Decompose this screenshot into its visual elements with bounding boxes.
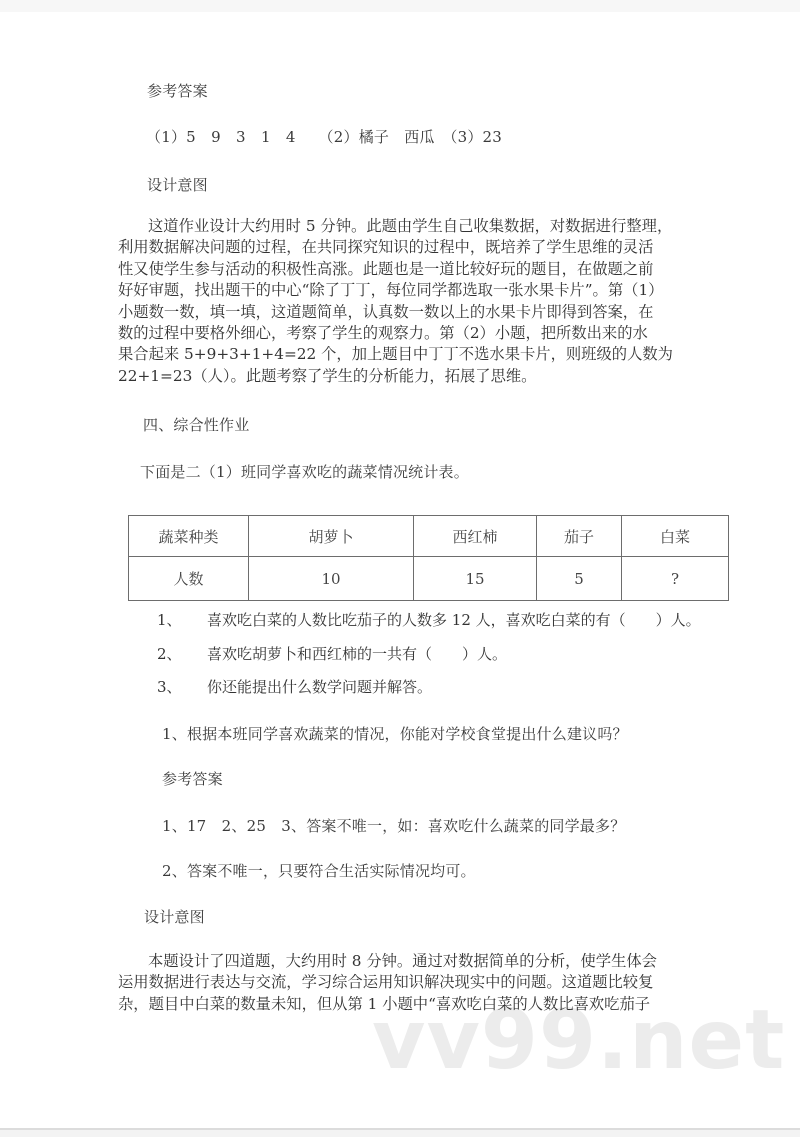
table-cell: 10 bbox=[249, 557, 414, 601]
intent-heading: 设计意图 bbox=[144, 908, 205, 926]
paragraph-line: 本题设计了四道题，大约用时 8 分钟。通过对数据简单的分析，使学生体会 bbox=[118, 951, 678, 972]
paragraph-line: 果合起来 5+9+3+1+4=22 个，加上题目中丁丁不选水果卡片，则班级的人数… bbox=[118, 344, 678, 365]
question-number: 3、 bbox=[157, 678, 182, 696]
question-number: 2、 bbox=[157, 645, 182, 663]
table-cell: 胡萝卜 bbox=[249, 516, 414, 557]
answer-heading: 参考答案 bbox=[162, 770, 223, 788]
answer-line: （1）5 9 3 1 4 （2）橘子 西瓜 （3）23 bbox=[146, 128, 502, 146]
table-cell: 西红柿 bbox=[414, 516, 537, 557]
paragraph-line: 小题数一数，填一填，这道题简单，认真数一数以上的水果卡片即得到答案，在 bbox=[118, 302, 678, 323]
answer-line: 2、答案不唯一，只要符合生活实际情况均可。 bbox=[162, 862, 476, 880]
table-cell: 人数 bbox=[129, 557, 249, 601]
answer-line: 1、17 2、25 3、答案不唯一，如：喜欢吃什么蔬菜的同学最多？ bbox=[162, 817, 625, 835]
table-intro: 下面是二（1）班同学喜欢吃的蔬菜情况统计表。 bbox=[140, 463, 469, 481]
intent-paragraph: 这道作业设计大约用时 5 分钟。此题由学生自己收集数据，对数据进行整理， 利用数… bbox=[118, 216, 678, 387]
table-cell: 蔬菜种类 bbox=[129, 516, 249, 557]
paragraph-line: 22+1=23（人）。此题考察了学生的分析能力，拓展了思维。 bbox=[118, 366, 678, 387]
document-page: vv99.net 参考答案 （1）5 9 3 1 4 （2）橘子 西瓜 （3）2… bbox=[0, 0, 800, 1130]
table-cell: 白菜 bbox=[622, 516, 729, 557]
intent-heading: 设计意图 bbox=[147, 176, 208, 194]
section-heading: 四、综合性作业 bbox=[143, 416, 249, 434]
page-top-edge bbox=[0, 0, 800, 12]
paragraph-line: 杂，题目中白菜的数量未知，但从第 1 小题中“喜欢吃白菜的人数比喜欢吃茄子 bbox=[118, 994, 678, 1015]
table-row: 人数 10 15 5 ? bbox=[129, 557, 729, 601]
vegetable-stats-table: 蔬菜种类 胡萝卜 西红柿 茄子 白菜 人数 10 15 5 ? bbox=[128, 515, 729, 601]
paragraph-line: 数的过程中要格外细心，考察了学生的观察力。第（2）小题，把所数出来的水 bbox=[118, 323, 678, 344]
table-cell: 5 bbox=[537, 557, 622, 601]
paragraph-line: 这道作业设计大约用时 5 分钟。此题由学生自己收集数据，对数据进行整理， bbox=[118, 216, 678, 237]
answer-heading: 参考答案 bbox=[147, 82, 208, 100]
paragraph-line: 性又使学生参与活动的积极性高涨。此题也是一道比较好玩的题目，在做题之前 bbox=[118, 259, 678, 280]
question-text: 你还能提出什么数学问题并解答。 bbox=[207, 678, 432, 696]
table-cell: ? bbox=[622, 557, 729, 601]
table-header-row: 蔬菜种类 胡萝卜 西红柿 茄子 白菜 bbox=[129, 516, 729, 557]
intent-paragraph: 本题设计了四道题，大约用时 8 分钟。通过对数据简单的分析，使学生体会 运用数据… bbox=[118, 951, 678, 1015]
paragraph-line: 好好审题，找出题干的中心“除了丁丁，每位同学都选取一张水果卡片”。第（1） bbox=[118, 280, 678, 301]
question-text: 喜欢吃白菜的人数比吃茄子的人数多 12 人，喜欢吃白菜的有（ ）人。 bbox=[207, 611, 701, 629]
table-cell: 15 bbox=[414, 557, 537, 601]
paragraph-line: 利用数据解决问题的过程，在共同探究知识的过程中，既培养了学生思维的灵活 bbox=[118, 237, 678, 258]
paragraph-line: 运用数据进行表达与交流，学习综合运用知识解决现实中的问题。这道题比较复 bbox=[118, 972, 678, 993]
question-number: 1、 bbox=[157, 611, 182, 629]
table-cell: 茄子 bbox=[537, 516, 622, 557]
extra-question: 1、根据本班同学喜欢蔬菜的情况，你能对学校食堂提出什么建议吗？ bbox=[162, 725, 628, 743]
question-text: 喜欢吃胡萝卜和西红柿的一共有（ ）人。 bbox=[207, 645, 507, 663]
